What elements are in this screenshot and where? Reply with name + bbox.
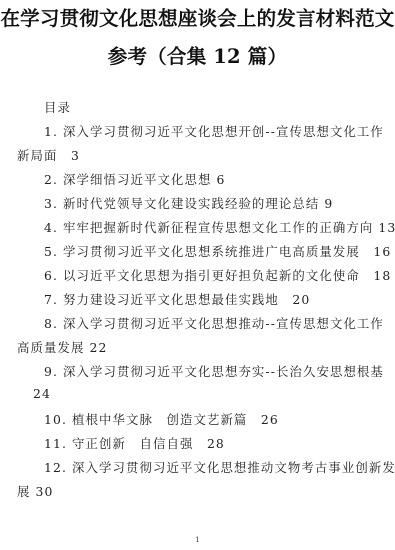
document-title-line-2: 参考（合集 12 篇） [0, 41, 395, 69]
toc-item-1[interactable]: 1. 深入学习贯彻习近平文化思想开创--宣传思想文化工作 [44, 122, 384, 140]
toc-item-12[interactable]: 12. 深入学习贯彻习近平文化思想推动文物考古事业创新发 [44, 458, 395, 476]
toc-item-11[interactable]: 11. 守正创新 自信自强 28 [44, 434, 225, 452]
toc-item-10[interactable]: 10. 植根中华文脉 创造文艺新篇 26 [44, 410, 279, 428]
toc-item-3[interactable]: 3. 新时代党领导文化建设实践经验的理论总结 9 [44, 194, 333, 212]
toc-item-4[interactable]: 4. 牢牢把握新时代新征程宣传思想文化工作的正确方向 13 [44, 218, 395, 236]
toc-item-8-cont[interactable]: 高质量发展 22 [17, 338, 107, 356]
toc-heading: 目录 [44, 98, 71, 116]
toc-item-9[interactable]: 9. 深入学习贯彻习近平文化思想夯实--长治久安思想根基 [44, 362, 384, 380]
toc-item-7[interactable]: 7. 努力建设习近平文化思想最佳实践地 20 [44, 290, 310, 308]
page-number: 1 [0, 536, 395, 544]
document-title-line-1: 在学习贯彻文化思想座谈会上的发言材料范文 [0, 3, 395, 31]
toc-item-1-cont[interactable]: 新局面 3 [17, 146, 80, 164]
toc-item-5[interactable]: 5. 学习贯彻习近平文化思想系统推进广电高质量发展 16 [44, 242, 391, 260]
toc-item-2[interactable]: 2. 深学细悟习近平文化思想 6 [44, 170, 225, 188]
toc-item-6[interactable]: 6. 以习近平文化思想为指引更好担负起新的文化使命 18 [44, 266, 391, 284]
toc-item-9-cont[interactable]: 24 [33, 386, 51, 401]
toc-item-8[interactable]: 8. 深入学习贯彻习近平文化思想推动--宣传思想文化工作 [44, 314, 384, 332]
toc-item-12-cont[interactable]: 展 30 [17, 482, 54, 500]
